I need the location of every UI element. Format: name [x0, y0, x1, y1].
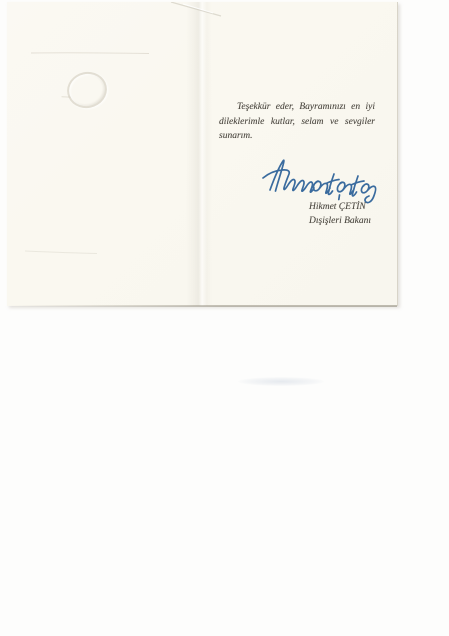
scan-page: Teşekkür eder, Bayramınızı en iyi dilekl… — [0, 0, 449, 636]
signatory-name: Hikmet ÇETİN — [309, 200, 371, 214]
greeting-card: Teşekkür eder, Bayramınızı en iyi dilekl… — [7, 2, 398, 306]
message-line-2: dileklerimle kutlar, selam ve sevgiler — [219, 115, 375, 130]
signature-stroke — [263, 160, 376, 202]
embossed-seal-icon — [64, 68, 111, 112]
message-line-3: sunarım. — [219, 129, 375, 144]
signatory-title: Dışişleri Bakanı — [309, 214, 371, 228]
message-line-1: Teşekkür eder, Bayramınızı en iyi — [219, 100, 375, 115]
card-fold-line — [186, 2, 212, 306]
scanner-smudge — [238, 377, 324, 386]
message-text: Teşekkür eder, Bayramınızı en iyi dilekl… — [219, 100, 375, 144]
signatory-block: Hikmet ÇETİN Dışişleri Bakanı — [309, 200, 371, 228]
